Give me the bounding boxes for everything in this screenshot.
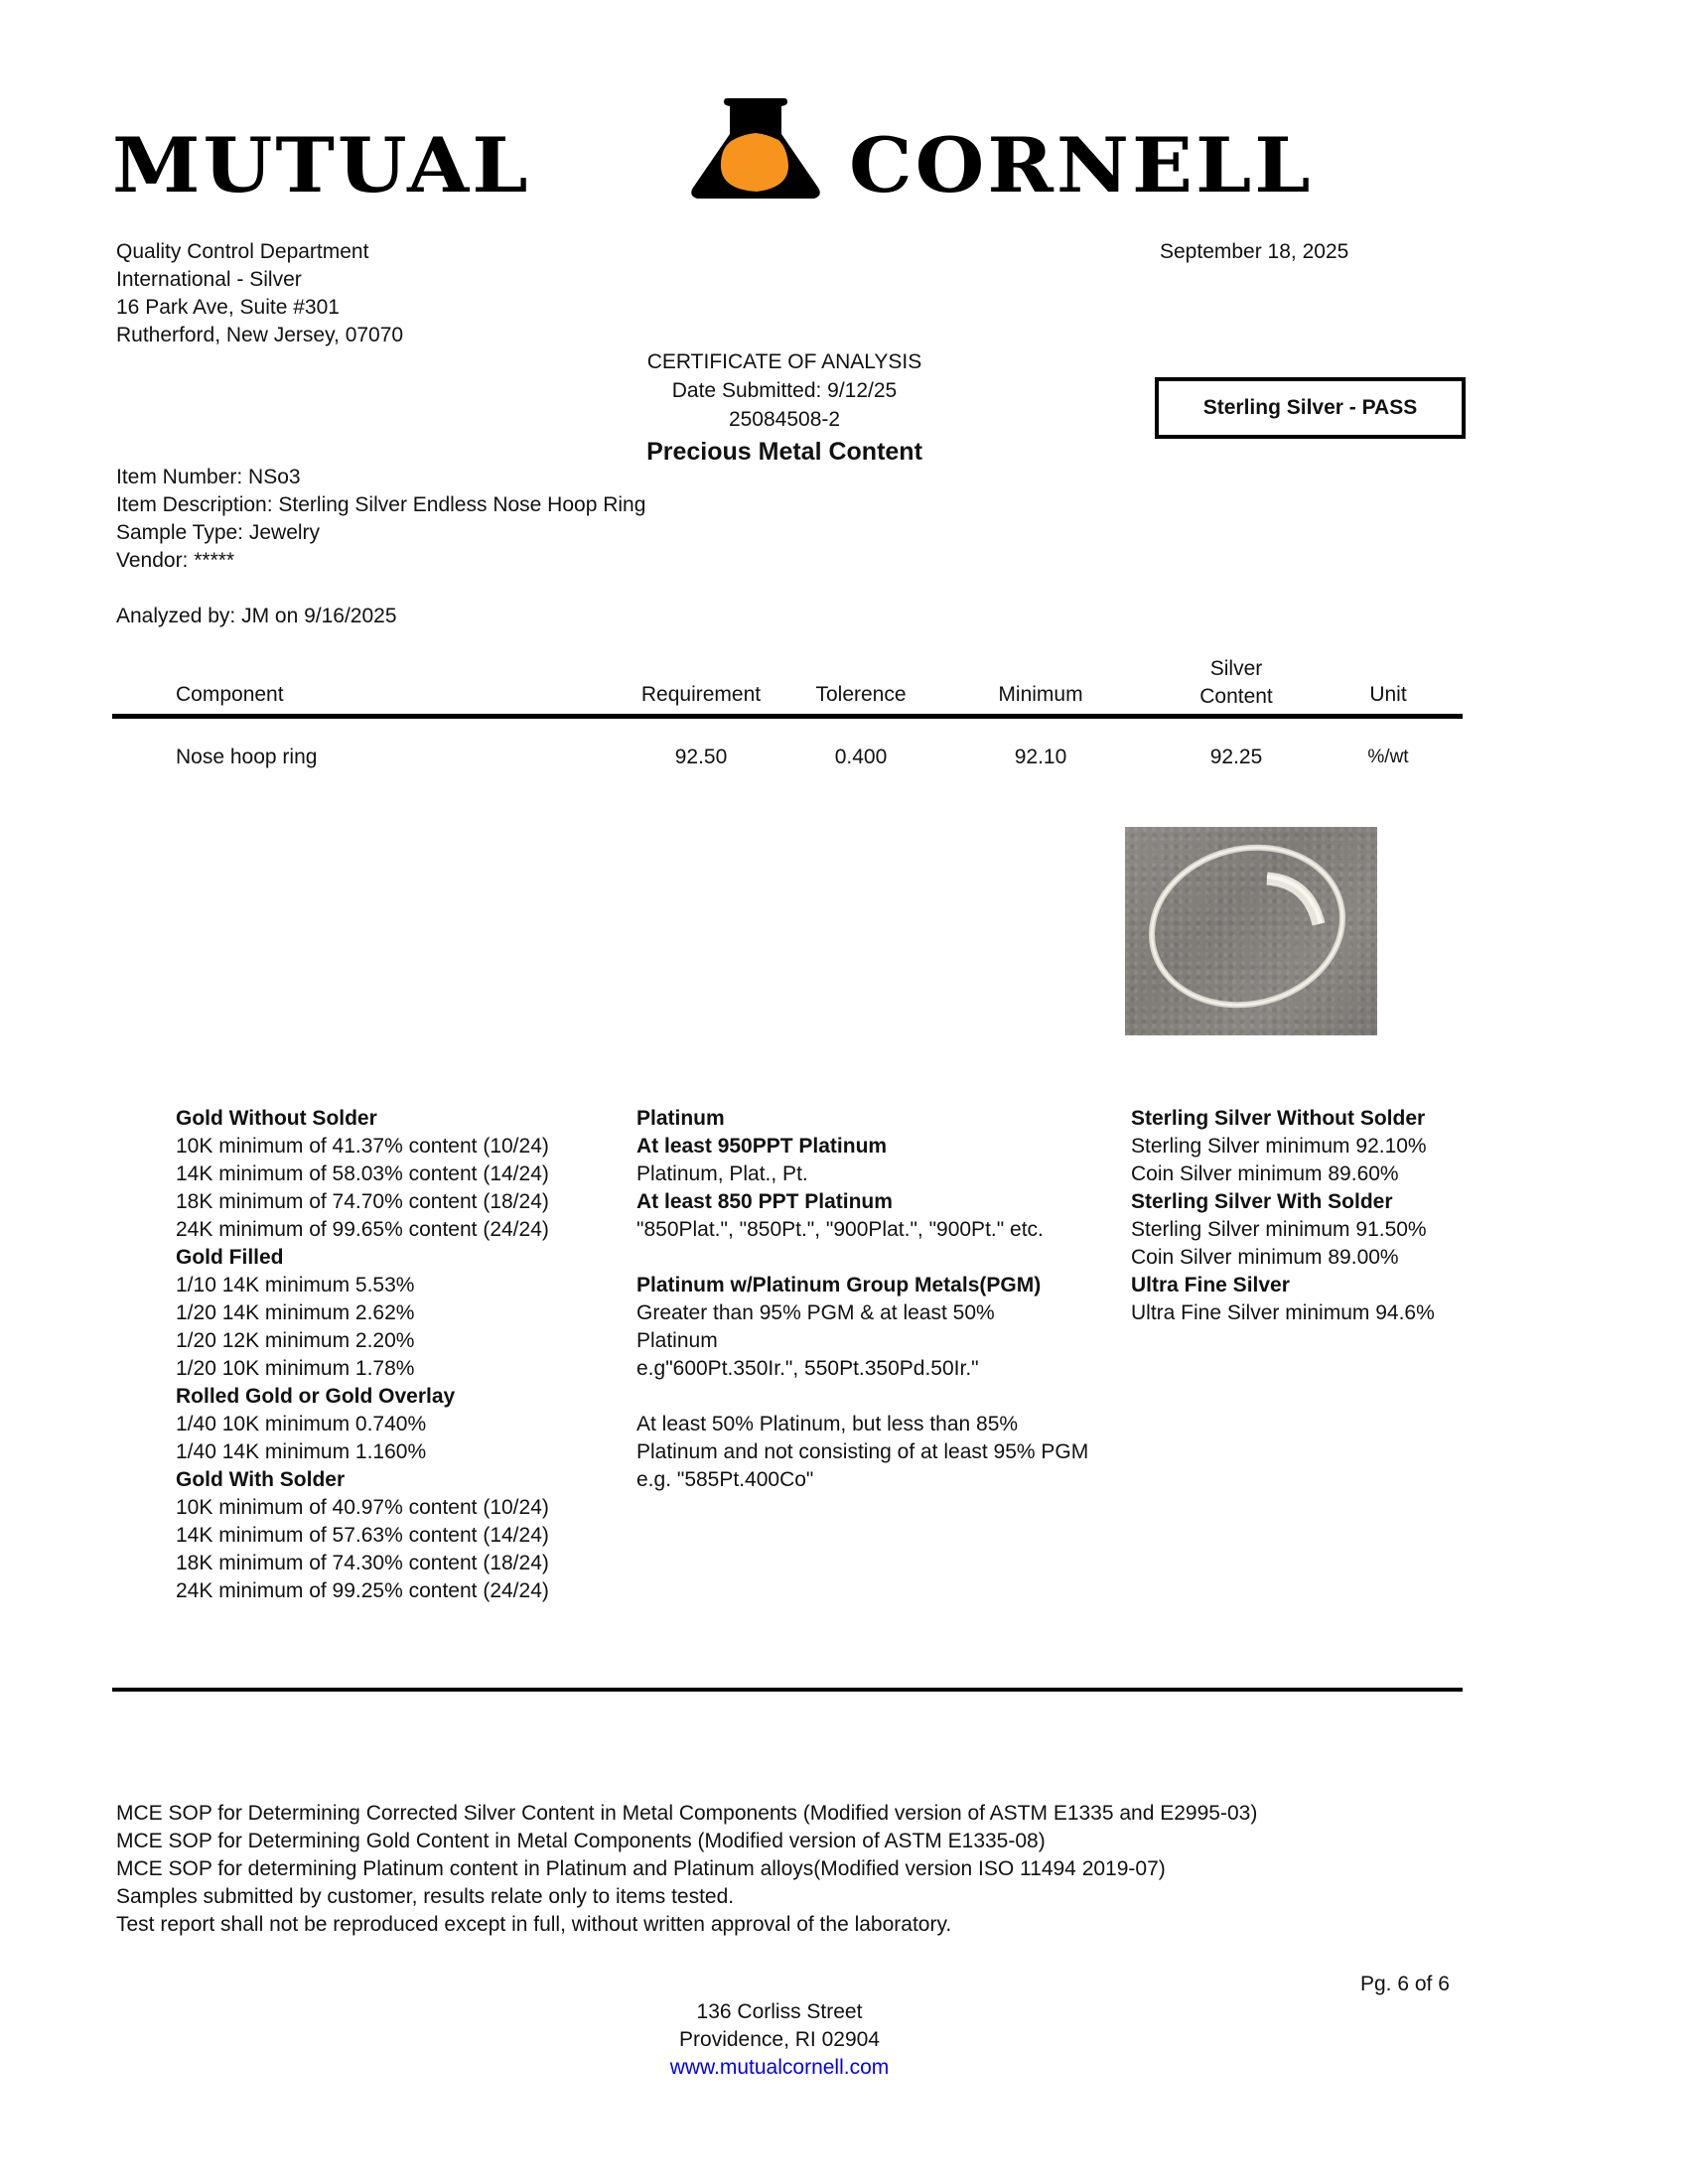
reference-line: e.g"600Pt.350Ir.", 550Pt.350Pd.50Ir." bbox=[636, 1355, 1088, 1383]
certificate-header: CERTIFICATE OF ANALYSIS Date Submitted: … bbox=[586, 347, 983, 468]
column-header-tolerance: Tolerence bbox=[815, 681, 906, 709]
reference-heading: Rolled Gold or Gold Overlay bbox=[176, 1383, 549, 1411]
reference-line bbox=[636, 1383, 1088, 1411]
reference-line: Platinum and not consisting of at least … bbox=[636, 1438, 1088, 1466]
cell-content: 92.25 bbox=[1210, 744, 1263, 771]
reference-line: At least 50% Platinum, but less than 85% bbox=[636, 1411, 1088, 1438]
reference-line: 1/20 14K minimum 2.62% bbox=[176, 1299, 549, 1327]
reference-line: e.g. "585Pt.400Co" bbox=[636, 1466, 1088, 1494]
note-line: MCE SOP for Determining Gold Content in … bbox=[116, 1828, 1257, 1855]
reference-heading: At least 850 PPT Platinum bbox=[636, 1188, 1088, 1216]
address-line: International - Silver bbox=[116, 266, 403, 294]
flask-icon bbox=[687, 96, 824, 201]
item-description: Item Description: Sterling Silver Endles… bbox=[116, 491, 645, 519]
reference-line: 24K minimum of 99.65% content (24/24) bbox=[176, 1216, 549, 1244]
reference-heading: Sterling Silver Without Solder bbox=[1131, 1105, 1435, 1133]
address-line: Rutherford, New Jersey, 07070 bbox=[116, 322, 403, 349]
reference-line: 18K minimum of 74.30% content (18/24) bbox=[176, 1550, 549, 1577]
reference-line bbox=[636, 1244, 1088, 1272]
column-header-content-line2: Content bbox=[1199, 683, 1273, 711]
reference-heading: Gold Filled bbox=[176, 1244, 549, 1272]
note-line: MCE SOP for determining Platinum content… bbox=[116, 1855, 1257, 1883]
reference-line: 1/20 12K minimum 2.20% bbox=[176, 1327, 549, 1355]
reference-line: 1/40 10K minimum 0.740% bbox=[176, 1411, 549, 1438]
address-line: Quality Control Department bbox=[116, 238, 403, 266]
reference-line: Sterling Silver minimum 91.50% bbox=[1131, 1216, 1435, 1244]
reference-line: Greater than 95% PGM & at least 50% bbox=[636, 1299, 1088, 1327]
table-header-rule bbox=[112, 714, 1463, 719]
report-number: 25084508-2 bbox=[586, 405, 983, 434]
reference-line: Platinum bbox=[636, 1327, 1088, 1355]
lab-address: 136 Corliss Street Providence, RI 02904 … bbox=[596, 1998, 963, 2082]
sample-type: Sample Type: Jewelry bbox=[116, 519, 645, 547]
cell-requirement: 92.50 bbox=[675, 744, 728, 771]
cell-component: Nose hoop ring bbox=[176, 744, 317, 771]
reference-line: 10K minimum of 40.97% content (10/24) bbox=[176, 1494, 549, 1522]
reference-line: 18K minimum of 74.70% content (18/24) bbox=[176, 1188, 549, 1216]
reference-heading: Platinum bbox=[636, 1105, 1088, 1133]
reference-line: "850Plat.", "850Pt.", "900Plat.", "900Pt… bbox=[636, 1216, 1088, 1244]
cell-tolerance: 0.400 bbox=[835, 744, 888, 771]
reference-heading: Gold With Solder bbox=[176, 1466, 549, 1494]
address-line: 16 Park Ave, Suite #301 bbox=[116, 294, 403, 322]
reference-line: Coin Silver minimum 89.60% bbox=[1131, 1160, 1435, 1188]
gold-reference-list: Gold Without Solder10K minimum of 41.37%… bbox=[176, 1105, 549, 1605]
vendor: Vendor: ***** bbox=[116, 547, 645, 575]
reference-heading: At least 950PPT Platinum bbox=[636, 1133, 1088, 1160]
column-header-content: Silver Content bbox=[1199, 655, 1273, 711]
website-link[interactable]: www.mutualcornell.com bbox=[670, 2056, 890, 2079]
client-address: Quality Control Department International… bbox=[116, 238, 403, 349]
reference-heading: Sterling Silver With Solder bbox=[1131, 1188, 1435, 1216]
cell-unit: %/wt bbox=[1367, 744, 1408, 771]
column-header-minimum: Minimum bbox=[998, 681, 1082, 709]
reference-heading: Gold Without Solder bbox=[176, 1105, 549, 1133]
item-number: Item Number: NSo3 bbox=[116, 464, 645, 491]
date-submitted: Date Submitted: 9/12/25 bbox=[586, 376, 983, 405]
reference-line: Platinum, Plat., Pt. bbox=[636, 1160, 1088, 1188]
item-info: Item Number: NSo3 Item Description: Ster… bbox=[116, 464, 645, 575]
reference-line: Ultra Fine Silver minimum 94.6% bbox=[1131, 1299, 1435, 1327]
reference-line: 1/20 10K minimum 1.78% bbox=[176, 1355, 549, 1383]
column-header-content-line1: Silver bbox=[1199, 655, 1273, 683]
silver-reference-list: Sterling Silver Without SolderSterling S… bbox=[1131, 1105, 1435, 1327]
note-line: Samples submitted by customer, results r… bbox=[116, 1883, 1257, 1911]
reference-line: 1/40 14K minimum 1.160% bbox=[176, 1438, 549, 1466]
note-line: Test report shall not be reproduced exce… bbox=[116, 1911, 1257, 1939]
page-number: Pg. 6 of 6 bbox=[1360, 1971, 1450, 1998]
report-date: September 18, 2025 bbox=[1160, 238, 1348, 266]
reference-line: 1/10 14K minimum 5.53% bbox=[176, 1272, 549, 1299]
reference-line: 24K minimum of 99.25% content (24/24) bbox=[176, 1577, 549, 1605]
analyzed-by: Analyzed by: JM on 9/16/2025 bbox=[116, 603, 397, 630]
lab-street: 136 Corliss Street bbox=[596, 1998, 963, 2026]
reference-line: 10K minimum of 41.37% content (10/24) bbox=[176, 1133, 549, 1160]
certificate-heading: CERTIFICATE OF ANALYSIS bbox=[586, 347, 983, 376]
logo-word-mutual: MUTUAL bbox=[112, 132, 530, 199]
platinum-reference-list: PlatinumAt least 950PPT PlatinumPlatinum… bbox=[636, 1105, 1088, 1494]
lab-city: Providence, RI 02904 bbox=[596, 2026, 963, 2054]
reference-line: Sterling Silver minimum 92.10% bbox=[1131, 1133, 1435, 1160]
column-header-requirement: Requirement bbox=[641, 681, 761, 709]
column-header-unit: Unit bbox=[1369, 681, 1406, 709]
method-notes: MCE SOP for Determining Corrected Silver… bbox=[116, 1800, 1257, 1939]
result-status-badge: Sterling Silver - PASS bbox=[1155, 377, 1466, 439]
reference-heading: Ultra Fine Silver bbox=[1131, 1272, 1435, 1299]
reference-line: 14K minimum of 57.63% content (14/24) bbox=[176, 1522, 549, 1550]
sample-photo bbox=[1125, 827, 1377, 1035]
cell-minimum: 92.10 bbox=[1015, 744, 1067, 771]
section-divider bbox=[112, 1688, 1463, 1692]
note-line: MCE SOP for Determining Corrected Silver… bbox=[116, 1800, 1257, 1828]
reference-line: Coin Silver minimum 89.00% bbox=[1131, 1244, 1435, 1272]
column-header-component: Component bbox=[176, 681, 284, 709]
reference-heading: Platinum w/Platinum Group Metals(PGM) bbox=[636, 1272, 1088, 1299]
logo-word-cornell: CORNELL bbox=[849, 132, 1313, 199]
reference-line: 14K minimum of 58.03% content (14/24) bbox=[176, 1160, 549, 1188]
company-logo: MUTUAL CORNELL bbox=[112, 94, 1463, 204]
hoop-ring-image bbox=[1125, 827, 1377, 1035]
